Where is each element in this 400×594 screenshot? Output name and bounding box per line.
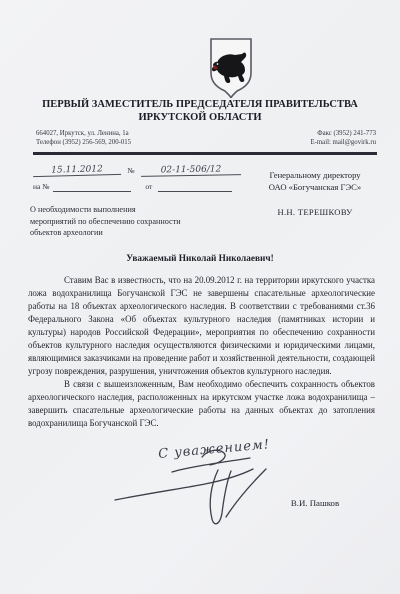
from-blank-line <box>158 191 232 192</box>
signature-ink <box>90 445 300 540</box>
reference-row-date-number: 15.11.2012 № 02-11-506/12 <box>33 160 248 176</box>
letterhead-divider <box>33 152 377 155</box>
addressee-organization: ОАО «Богучанская ГЭС» <box>240 182 390 194</box>
contact-fax: Факс (3952) 241-773 <box>310 130 376 139</box>
addressee-block: Генеральному директору ОАО «Богучанская … <box>240 170 390 219</box>
contact-address: 664027, Иркутск, ул. Ленина, 1а <box>36 130 131 139</box>
scanned-letter-page: ПЕРВЫЙ ЗАМЕСТИТЕЛЬ ПРЕДСЕДАТЕЛЯ ПРАВИТЕЛ… <box>0 0 400 594</box>
handwritten-date: 15.11.2012 <box>33 164 121 177</box>
subject-line1: О необходимости выполнения <box>30 204 230 216</box>
letter-body: Ставим Вас в известность, что на 20.09.2… <box>28 274 375 430</box>
number-sign-label: № <box>121 166 141 176</box>
salutation: Уважаемый Николай Николаевич! <box>0 254 400 264</box>
letterhead-title-line1: ПЕРВЫЙ ЗАМЕСТИТЕЛЬ ПРЕДСЕДАТЕЛЯ ПРАВИТЕЛ… <box>0 99 400 112</box>
body-paragraph-2: В связи с вышеизложенным, Вам необходимо… <box>28 378 375 430</box>
reference-block: 15.11.2012 № 02-11-506/12 на № от <box>33 160 248 192</box>
letterhead-contacts: 664027, Иркутск, ул. Ленина, 1а Телефон … <box>36 130 376 147</box>
irkutsk-oblast-coat-of-arms-icon <box>208 36 254 98</box>
body-paragraph-1: Ставим Вас в известность, что на 20.09.2… <box>28 274 375 378</box>
addressee-position: Генеральному директору <box>240 170 390 182</box>
contact-phone: Телефон (3952) 256-569, 200-015 <box>36 139 131 148</box>
contact-email: E-mail: mail@govirk.ru <box>310 139 376 148</box>
on-number-label: на № <box>33 182 53 192</box>
subject-line3: объектов археологии <box>30 227 230 239</box>
from-label: от <box>131 182 158 192</box>
subject-line2: мероприятий по обеспечению сохранности <box>30 216 230 228</box>
contact-left-column: 664027, Иркутск, ул. Ленина, 1а Телефон … <box>36 130 131 147</box>
letterhead-title-line2: ИРКУТСКОЙ ОБЛАСТИ <box>0 112 400 125</box>
letterhead-title: ПЕРВЫЙ ЗАМЕСТИТЕЛЬ ПРЕДСЕДАТЕЛЯ ПРАВИТЕЛ… <box>0 99 400 124</box>
letter-subject: О необходимости выполнения мероприятий п… <box>30 204 230 239</box>
contact-right-column: Факс (3952) 241-773 E-mail: mail@govirk.… <box>310 130 376 147</box>
addressee-name: Н.Н. ТЕРЕШКОВУ <box>240 207 390 219</box>
handwritten-outgoing-number: 02-11-506/12 <box>141 164 241 177</box>
reference-row-incoming: на № от <box>33 178 248 192</box>
on-number-blank-line <box>53 191 131 192</box>
signer-name: В.И. Пашков <box>250 498 380 508</box>
